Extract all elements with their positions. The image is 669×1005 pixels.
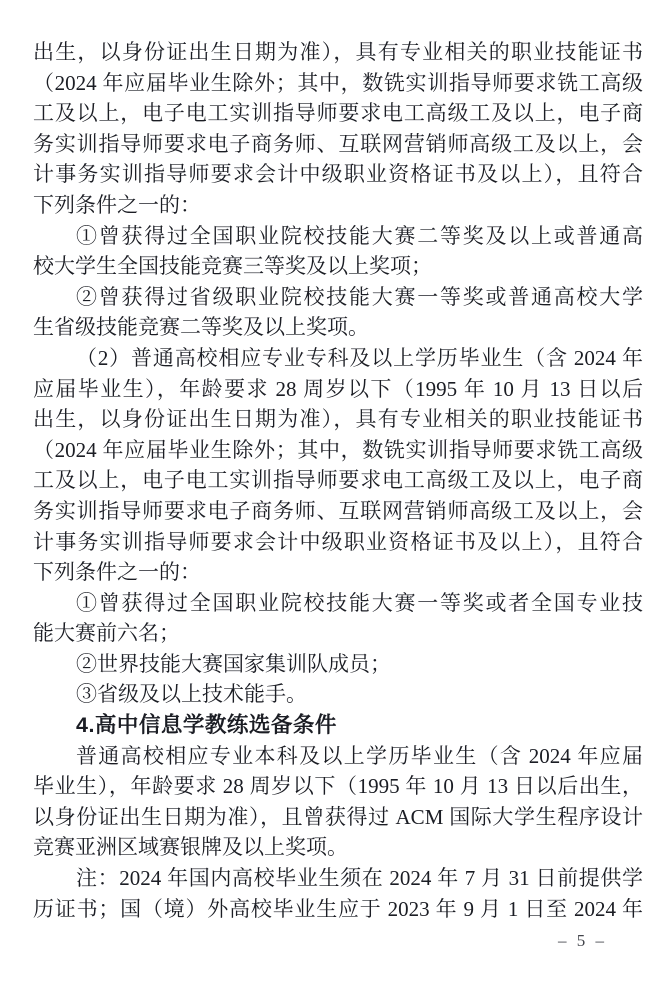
text-line: 应届毕业生），年龄要求 28 周岁以下（1995 年 10 月 13 日以后 (33, 374, 643, 405)
text-line: 普通高校相应专业本科及以上学历毕业生（含 2024 年应届 (33, 741, 643, 772)
text-line: 计事务实训指导师要求会计中级职业资格证书及以上），且符合 (33, 159, 643, 190)
text-line: 工及以上，电子电工实训指导师要求电工高级工及以上，电子商 (33, 98, 643, 129)
document-page: 出生，以身份证出生日期为准），具有专业相关的职业技能证书 （2024 年应届毕业… (0, 0, 669, 1005)
document-text: 出生，以身份证出生日期为准），具有专业相关的职业技能证书 （2024 年应届毕业… (33, 37, 643, 924)
text-line: （2024 年应届毕业生除外；其中，数铣实训指导师要求铣工高级 (33, 435, 643, 466)
page-number: – 5 – (558, 931, 604, 951)
list-item: 生省级技能竞赛二等奖及以上奖项。 (33, 312, 643, 343)
list-item: ①曾获得过全国职业院校技能大赛二等奖及以上或普通高 (33, 221, 643, 252)
list-item: ①曾获得过全国职业院校技能大赛一等奖或者全国专业技 (33, 588, 643, 619)
list-item: ②世界技能大赛国家集训队成员； (33, 649, 643, 680)
text-line: 竞赛亚洲区域赛银牌及以上奖项。 (33, 832, 643, 863)
text-line: 务实训指导师要求电子商务师、互联网营销师高级工及以上，会 (33, 129, 643, 160)
section-heading: 4.高中信息学教练选备条件 (33, 710, 643, 741)
text-line: （2024 年应届毕业生除外；其中，数铣实训指导师要求铣工高级 (33, 68, 643, 99)
text-line: 务实训指导师要求电子商务师、互联网营销师高级工及以上，会 (33, 496, 643, 527)
list-item: 校大学生全国技能竞赛三等奖及以上奖项； (33, 251, 643, 282)
note-line: 历证书；国（境）外高校毕业生应于 2023 年 9 月 1 日至 2024 年 (33, 894, 643, 925)
text-line: 出生，以身份证出生日期为准），具有专业相关的职业技能证书 (33, 37, 643, 68)
text-line: 下列条件之一的： (33, 190, 643, 221)
list-item: ③省级及以上技术能手。 (33, 679, 643, 710)
text-line: 计事务实训指导师要求会计中级职业资格证书及以上），且符合 (33, 527, 643, 558)
note-line: 注：2024 年国内高校毕业生须在 2024 年 7 月 31 日前提供学 (33, 863, 643, 894)
text-line: （2）普通高校相应专业专科及以上学历毕业生（含 2024 年 (33, 343, 643, 374)
list-item: ②曾获得过省级职业院校技能大赛一等奖或普通高校大学 (33, 282, 643, 313)
text-line: 以身份证出生日期为准），且曾获得过 ACM 国际大学生程序设计 (33, 802, 643, 833)
text-line: 毕业生），年龄要求 28 周岁以下（1995 年 10 月 13 日以后出生， (33, 771, 643, 802)
text-line: 下列条件之一的： (33, 557, 643, 588)
text-line: 工及以上，电子电工实训指导师要求电工高级工及以上，电子商 (33, 465, 643, 496)
list-item: 能大赛前六名； (33, 618, 643, 649)
text-line: 出生，以身份证出生日期为准），具有专业相关的职业技能证书 (33, 404, 643, 435)
